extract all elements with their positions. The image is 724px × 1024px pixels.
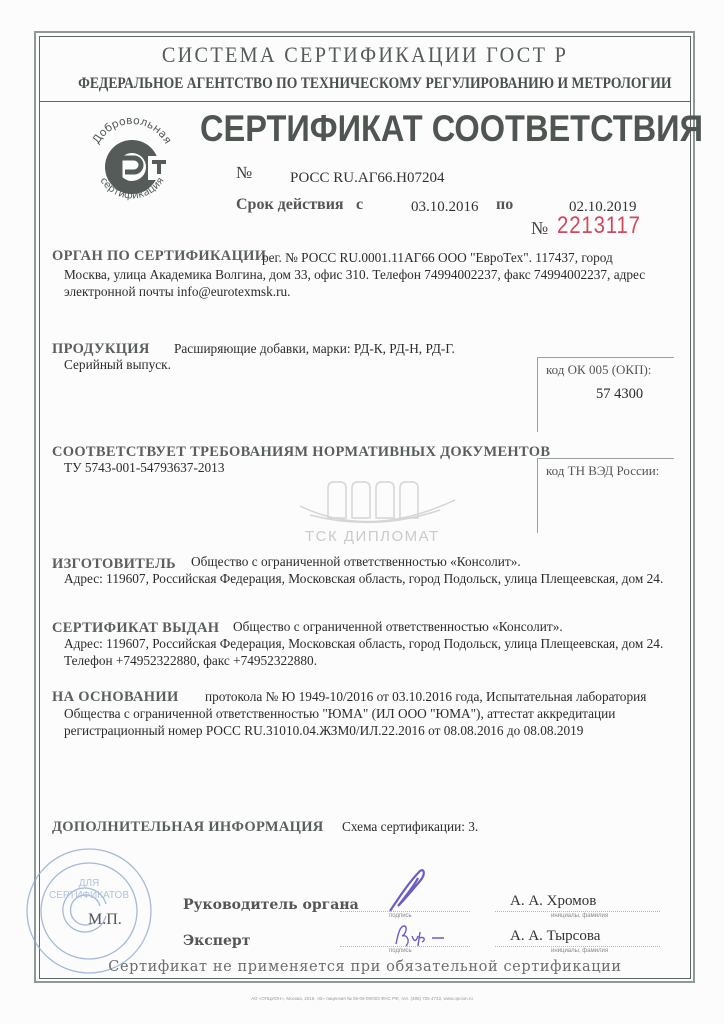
head-signature-caption: подпись	[389, 913, 412, 919]
manufacturer-line-1: Общество с ограниченной ответственностью…	[191, 553, 521, 570]
head-name-caption: инициалы, фамилия	[551, 913, 608, 919]
serial-number-sign: №	[531, 218, 548, 239]
system-title: СИСТЕМА СЕРТИФИКАЦИИ ГОСТ Р	[65, 42, 665, 68]
registration-number: РОСС RU.АГ66.Н07204	[290, 170, 444, 187]
validity-date-from: 03.10.2016	[411, 199, 479, 216]
watermark-text: ТСК ДИПЛОМАТ	[305, 528, 440, 545]
okp-code-value: 57 4300	[596, 386, 643, 403]
expert-label: Эксперт	[183, 933, 250, 949]
registration-number-sign: №	[236, 163, 252, 183]
basis-line-2: Общества с ограниченной ответственностью…	[64, 705, 615, 722]
serial-number: 2213117	[557, 212, 641, 240]
expert-name-line	[495, 946, 660, 947]
expert-signature-caption: подпись	[389, 948, 412, 954]
header-divider	[39, 101, 691, 102]
validity-label: Срок действия	[236, 196, 344, 214]
tnved-code-box: код ТН ВЭД России:	[537, 458, 674, 533]
stamp-text: ДЛЯ	[79, 878, 100, 889]
printer-imprint: АО «ОПЦИОН», Москва, 2016, «В» лицензия …	[0, 996, 724, 1001]
head-label: Руководитель органа	[183, 897, 359, 913]
expert-name-caption: инициалы, фамилия	[551, 948, 608, 954]
rst-voluntary-certification-logo-icon: Добровольная сертификация	[82, 112, 182, 212]
issued-to-line-1: Общество с ограниченной ответственностью…	[233, 618, 563, 635]
certification-scheme: Схема сертификации: 3.	[342, 818, 478, 835]
certificate-title: СЕРТИФИКАТ СООТВЕТСТВИЯ	[200, 108, 622, 150]
product-line-1: Расширяющие добавки, марки: РД-К, РД-Н, …	[174, 340, 455, 357]
head-name: А. А. Хромов	[510, 893, 596, 910]
product-line-2: Серийный выпуск.	[64, 356, 171, 373]
head-name-line	[495, 911, 660, 912]
agency-name: ФЕДЕРАЛЬНОЕ АГЕНТСТВО ПО ТЕХНИЧЕСКОМУ РЕ…	[78, 75, 652, 93]
svg-text:СЕРТИФИКАТОВ: СЕРТИФИКАТОВ	[49, 890, 129, 901]
certification-body-line-1: рег. № РОСС RU.0001.11АГ66 ООО "ЕвроТех"…	[262, 249, 613, 266]
basis-line-1: протокола № Ю 1949-10/2016 от 03.10.2016…	[205, 688, 646, 705]
issued-to-line-2: Адрес: 119607, Российская Федерация, Мос…	[64, 635, 663, 652]
validity-to-label: по	[496, 196, 513, 214]
expert-name: А. А. Тырсова	[510, 928, 600, 945]
additional-info-label: ДОПОЛНИТЕЛЬНАЯ ИНФОРМАЦИЯ	[52, 819, 324, 836]
conformity-document: ТУ 5743-001-54793637-2013	[64, 459, 224, 476]
head-signature-icon	[380, 866, 440, 916]
tnved-code-label: код ТН ВЭД России:	[546, 463, 659, 479]
basis-line-3: регистрационный номер РОСС RU.31010.04.Ж…	[64, 722, 583, 739]
okp-code-label: код ОК 005 (ОКП):	[546, 362, 651, 378]
okp-code-box: код ОК 005 (ОКП): 57 4300	[537, 357, 674, 432]
basis-label: НА ОСНОВАНИИ	[52, 689, 179, 706]
disclaimer: Сертификат не применяется при обязательн…	[39, 959, 691, 975]
manufacturer-line-2: Адрес: 119607, Российская Федерация, Мос…	[64, 570, 663, 587]
stamp-place-label: М.П.	[88, 911, 122, 929]
certification-body-line-3: электронной почты info@eurotexmsk.ru.	[64, 283, 290, 300]
certification-body-line-2: Москва, улица Академика Волгина, дом 33,…	[64, 266, 645, 283]
issued-to-line-3: Телефон +74952322880, факс +74952322880.	[64, 652, 317, 669]
certification-body-label: ОРГАН ПО СЕРТИФИКАЦИИ	[52, 248, 266, 265]
validity-from-label: с	[356, 196, 363, 214]
